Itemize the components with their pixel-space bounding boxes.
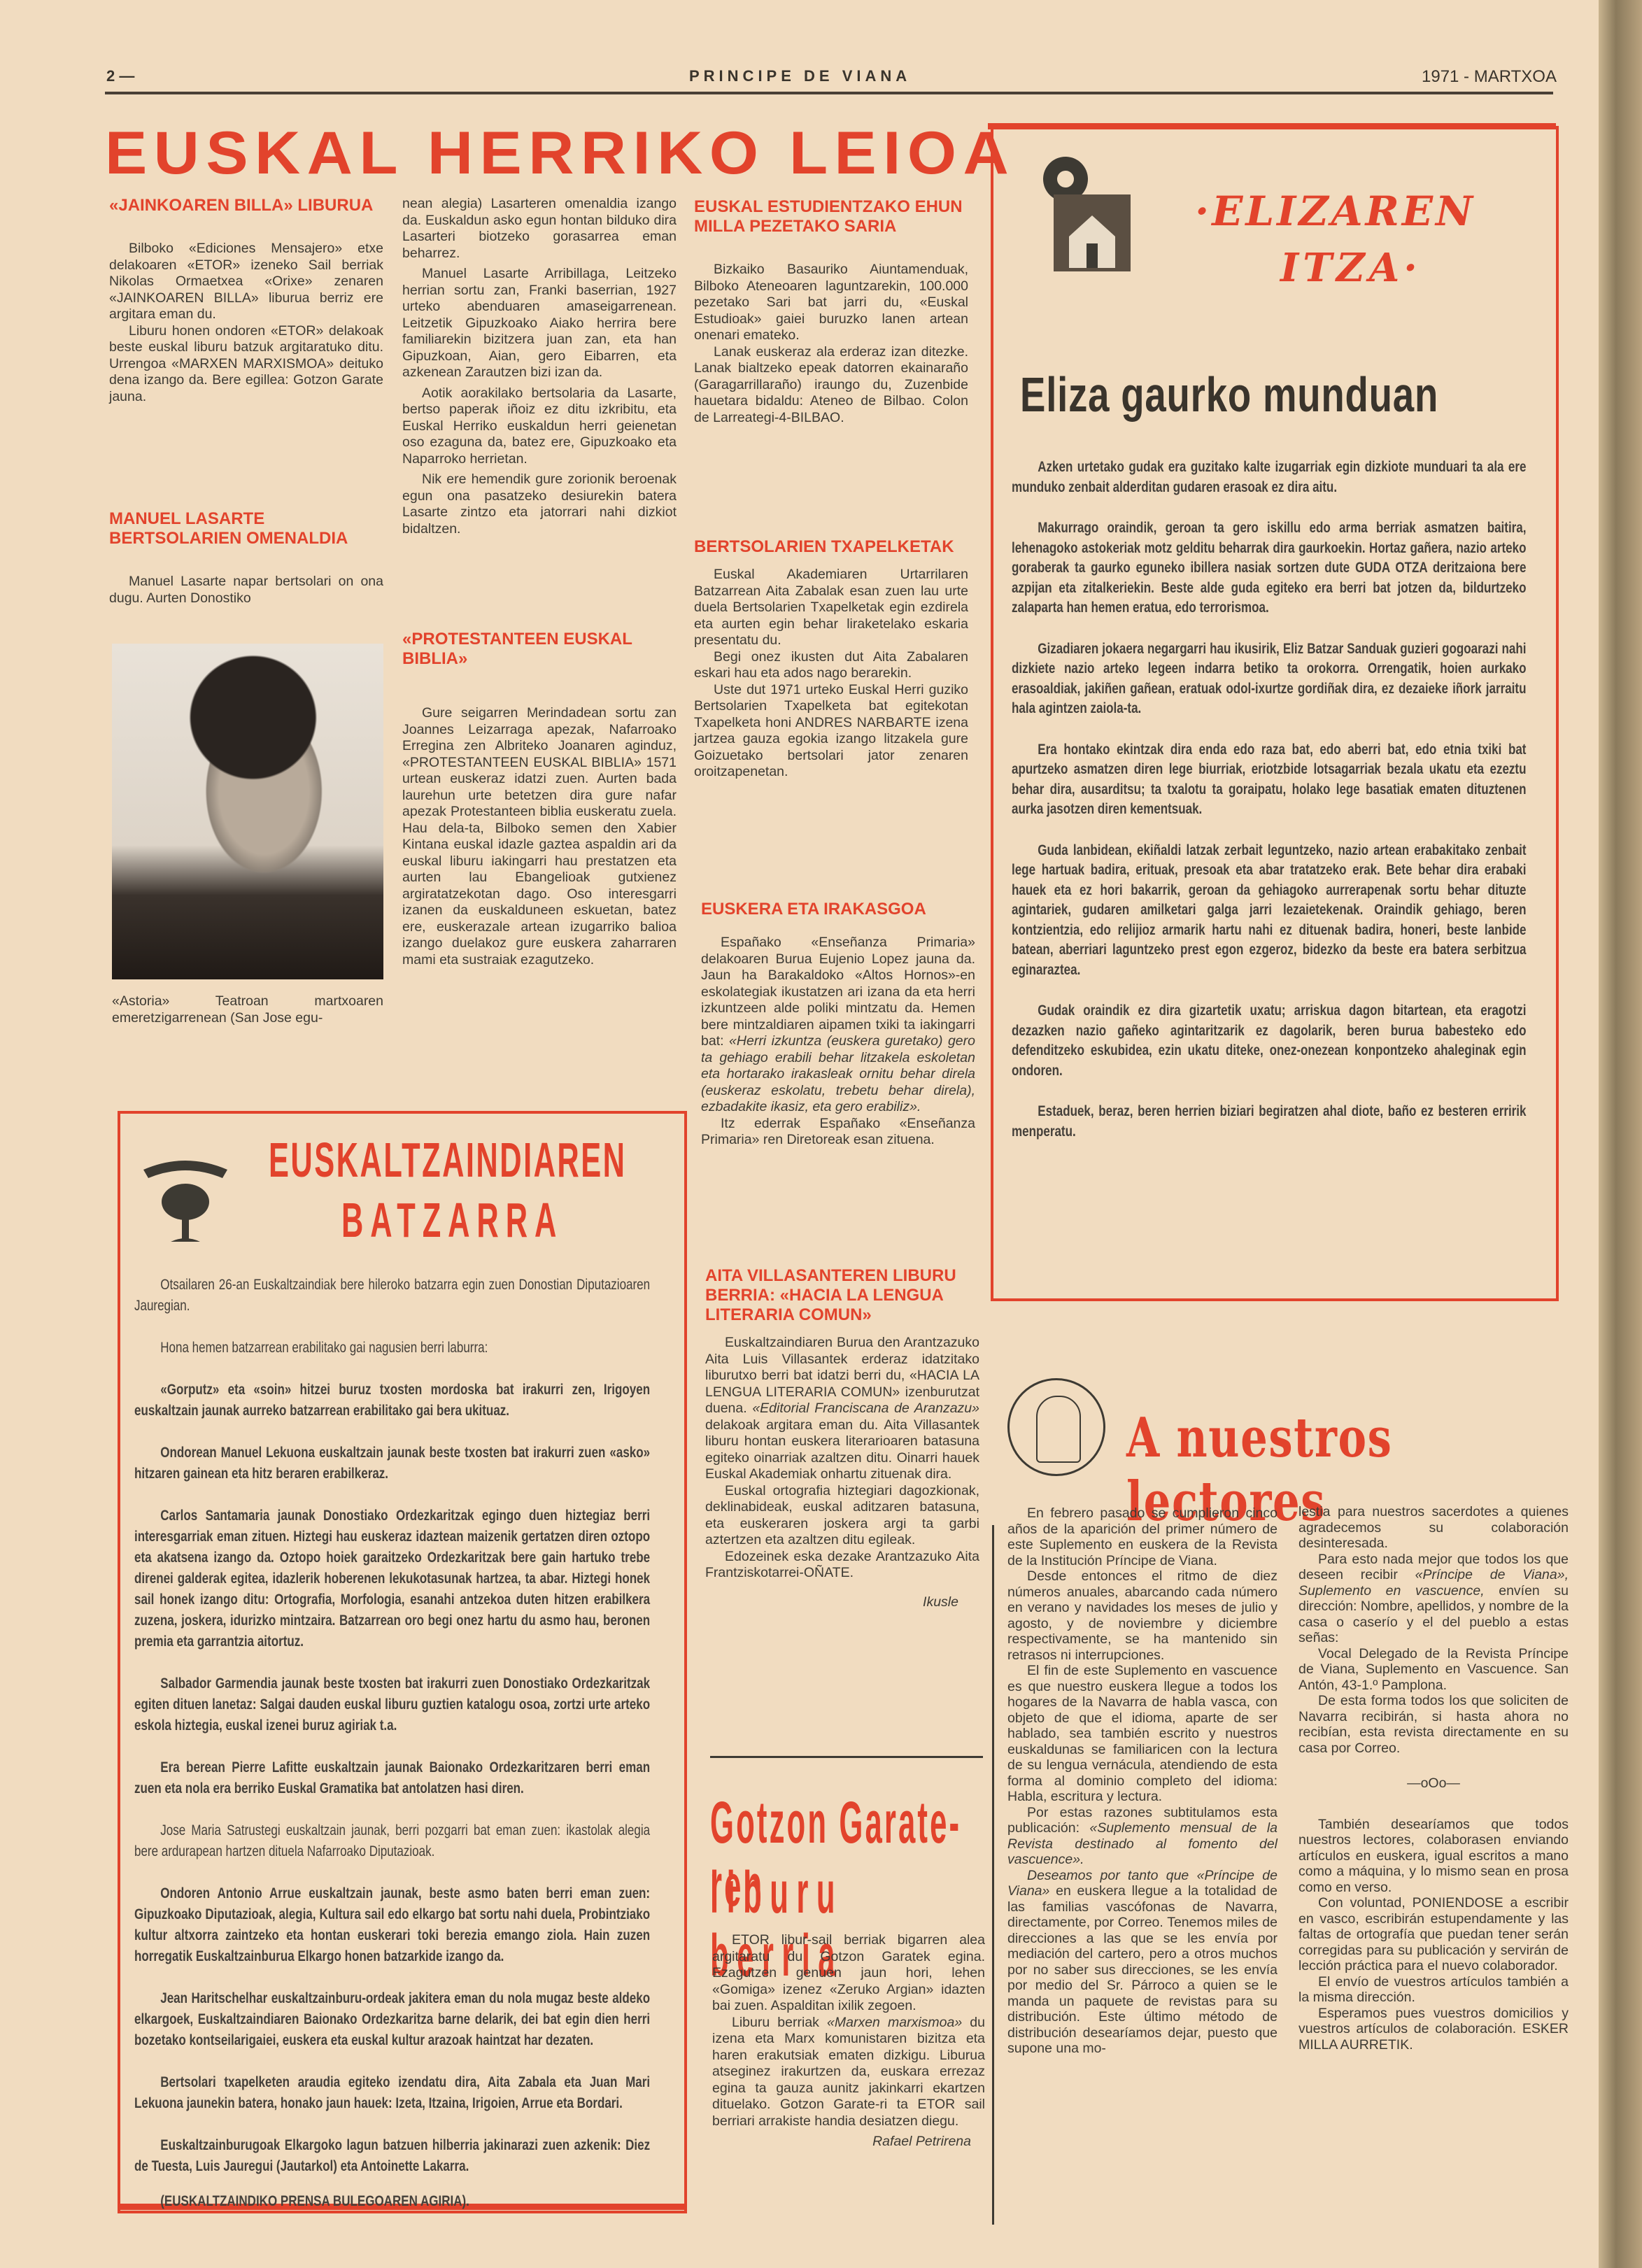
photo-caption: «Astoria» Teatroan martxoaren emeretziga… [112,993,383,1026]
paragraph: Liburu berriak «Marxen marxismoa» du ize… [712,2015,985,2130]
church-bell-emblem-icon [1034,153,1139,278]
paragraph: Begi onez ikusten dut Aita Zabalaren esk… [694,649,968,682]
batzarra-body: Otsailaren 26-an Euskaltzaindiak bere hi… [134,1275,650,2233]
paragraph: De esta forma todos los que soliciten de… [1298,1693,1569,1756]
elizaren-title-line2: ITZA· [1280,245,1422,291]
paragraph: Otsailaren 26-an Euskaltzaindiak bere hi… [134,1275,650,1317]
article-title: BERTSOLARIEN TXAPELKETAK [694,537,968,557]
lectores-col2: lestia para nuestros sacerdotes a quiene… [1298,1504,1569,2053]
paragraph: Liburu honen ondoren «ETOR» delakoak bes… [109,323,383,406]
paragraph: Con voluntad, PONIENDOSE a escribir en v… [1298,1895,1569,1974]
batzarra-title-line1: EUSKALTZAINDIAREN [269,1133,659,1186]
paragraph: Bizkaiko Basauriko Aiuntamenduak, Bilbok… [694,262,968,344]
elizaren-subtitle: Eliza gaurko munduan [1020,367,1438,423]
paragraph: «Gorputz» eta «soin» hitzei buruz txoste… [134,1380,650,1422]
article-jainkoaren: «JAINKOAREN BILLA» LIBURUA Bilboko «Edic… [109,196,383,405]
article-garate: ETOR libur-sail berriak bigarren alea ar… [712,1932,985,2150]
article-title: EUSKAL ESTUDIENTZAKO EHUN MILLA PEZETAKO… [694,197,968,236]
lectores-col1: En febrero pasado se cumplieron cinco añ… [1007,1505,1277,2057]
article-title: EUSKERA ETA IRAKASGOA [701,900,975,919]
elizaren-body: Azken urtetako gudak era guzitako kalte … [1012,458,1526,1163]
paragraph: Manuel Lasarte napar bertsolari on ona d… [109,574,383,607]
paragraph: Nik ere hemendik gure zorionik beroenak … [402,472,677,537]
paragraph: Españako «Enseñanza Primaria» delakoaren… [701,935,975,1116]
elizaren-title-line1: ·ELIZAREN [1195,187,1475,235]
paragraph: El fin de este Suplemento en vascuence e… [1007,1663,1277,1805]
issue-date: 1971 - MARTXOA [1422,67,1557,87]
page-number: 2 — [106,67,134,85]
paragraph: Carlos Santamaria jaunak Donostiako Orde… [134,1505,650,1652]
paragraph: Euskaltzainburugoak Elkargoko lagun batz… [134,2135,650,2177]
paragraph: Jose Maria Satrustegi euskaltzain jaunak… [134,1820,650,1862]
paragraph: El envío de vuestros artículos también a… [1298,1974,1569,2006]
paragraph: Estaduek, beraz, beren herrien biziari b… [1012,1102,1526,1142]
article-txapelketak: BERTSOLARIEN TXAPELKETAK Euskal Akademia… [694,537,968,781]
article-estudientzako: EUSKAL ESTUDIENTZAKO EHUN MILLA PEZETAKO… [694,197,968,426]
paragraph: lestia para nuestros sacerdotes a quiene… [1298,1504,1569,1552]
paragraph: nean alegia) Lasarteren omenaldia izango… [402,196,677,262]
paragraph: Uste dut 1971 urteko Euskal Herri guziko… [694,682,968,781]
paragraph: Itz ederrak Españako «Enseñanza Primaria… [701,1116,975,1149]
paragraph: En febrero pasado se cumplieron cinco añ… [1007,1505,1277,1568]
paragraph: Por estas razones subtitulamos esta publ… [1007,1805,1277,1868]
page-binding-edge [1599,0,1642,2268]
article-signature: Rafael Petrirena [712,2134,985,2150]
tree-emblem-icon [140,1154,231,1249]
paragraph: Lanak euskeraz ala erderaz izan ditezke.… [694,344,968,427]
portrait-photo [112,644,383,979]
paragraph: Desde entonces el ritmo de diez números … [1007,1568,1277,1663]
header-divider [105,92,1553,94]
paragraph: ETOR libur-sail berriak bigarren alea ar… [712,1932,985,2015]
paragraph: Euskaltzaindiaren Burua den Arantzazuko … [705,1335,979,1483]
article-lasarte-body: nean alegia) Lasarteren omenaldia izango… [402,196,677,537]
paragraph: Salbador Garmendia jaunak beste txosten … [134,1673,650,1736]
press-credit: (EUSKALTZAINDIKO PRENSA BULEGOAREN AGIRI… [134,2191,650,2212]
article-title: MANUEL LASARTE BERTSOLARIEN OMENALDIA [109,509,383,548]
paragraph: Bilboko «Ediciones Mensajero» etxe delak… [109,241,383,323]
paragraph: Esperamos pues vuestros domicilios y vue… [1298,2006,1569,2053]
paragraph: Euskal Akademiaren Urtarrilaren Batzarre… [694,567,968,649]
paragraph: Era berean Pierre Lafitte euskaltzain ja… [134,1757,650,1799]
paragraph: Makurrago oraindik, geroan ta gero iskil… [1012,518,1526,618]
paragraph: Edozeinek eska dezake Arantzazuko Aita F… [705,1549,979,1582]
paragraph: Gizadiaren jokaera negargarri hau ikusir… [1012,639,1526,719]
paragraph: Deseamos por tanto que «Príncipe de Vian… [1007,1868,1277,2057]
paragraph: Era hontako ekintzak dira enda edo raza … [1012,740,1526,820]
paragraph: Gudak oraindik ez dira gizartetik uxatu;… [1012,1001,1526,1081]
article-title: «JAINKOAREN BILLA» LIBURUA [109,196,383,215]
article-signature: Ikusle [705,1594,979,1611]
publication-name: PRINCIPE DE VIANA [689,67,911,85]
paragraph: También desearíamos que todos nuestros l… [1298,1817,1569,1896]
separator: —oOo— [1298,1776,1569,1792]
article-lasarte-intro: MANUEL LASARTE BERTSOLARIEN OMENALDIA Ma… [109,509,383,607]
paragraph: Guda lanbidean, ekiñaldi latzak zerbait … [1012,841,1526,981]
paragraph: Para esto nada mejor que todos los que d… [1298,1552,1569,1646]
article-title: «PROTESTANTEEN EUSKAL BIBLIA» [402,630,677,669]
paragraph: Ondoren Antonio Arrue euskaltzain jaunak… [134,1883,650,1967]
paragraph: Gure seigarren Merindadean sortu zan Joa… [402,705,677,968]
batzarra-title-line2: BATZARRA [341,1193,602,1247]
article-villasante: AITA VILLASANTEREN LIBURU BERRIA: «HACIA… [705,1266,979,1610]
article-protestanteen: «PROTESTANTEEN EUSKAL BIBLIA» Gure seiga… [402,630,677,968]
paragraph: Manuel Lasarte Arribillaga, Leitzeko her… [402,266,677,381]
institution-seal-icon [1007,1378,1105,1476]
masthead-title: EUSKAL HERRIKO LEIOA [105,119,1015,188]
section-divider [710,1756,983,1758]
paragraph: Azken urtetako gudak era guzitako kalte … [1012,458,1526,497]
article-irakasgoa: EUSKERA ETA IRAKASGOA Españako «Enseñanz… [701,900,975,1149]
paragraph: Bertsolari txapelketen araudia egiteko i… [134,2072,650,2114]
article-title: AITA VILLASANTEREN LIBURU BERRIA: «HACIA… [705,1266,979,1325]
paragraph: Ondorean Manuel Lekuona euskaltzain jaun… [134,1443,650,1484]
paragraph: Euskal ortografia hiztegiari dagozkionak… [705,1483,979,1549]
paragraph: Aotik aorakilako bertsolaria da Lasarte,… [402,385,677,468]
paragraph: Hona hemen batzarrean erabilitako gai na… [134,1338,650,1359]
paragraph: Jean Haritschelhar euskaltzainburu-ordea… [134,1988,650,2051]
paragraph: Vocal Delegado de la Revista Príncipe de… [1298,1646,1569,1694]
column-divider [992,1525,994,2225]
